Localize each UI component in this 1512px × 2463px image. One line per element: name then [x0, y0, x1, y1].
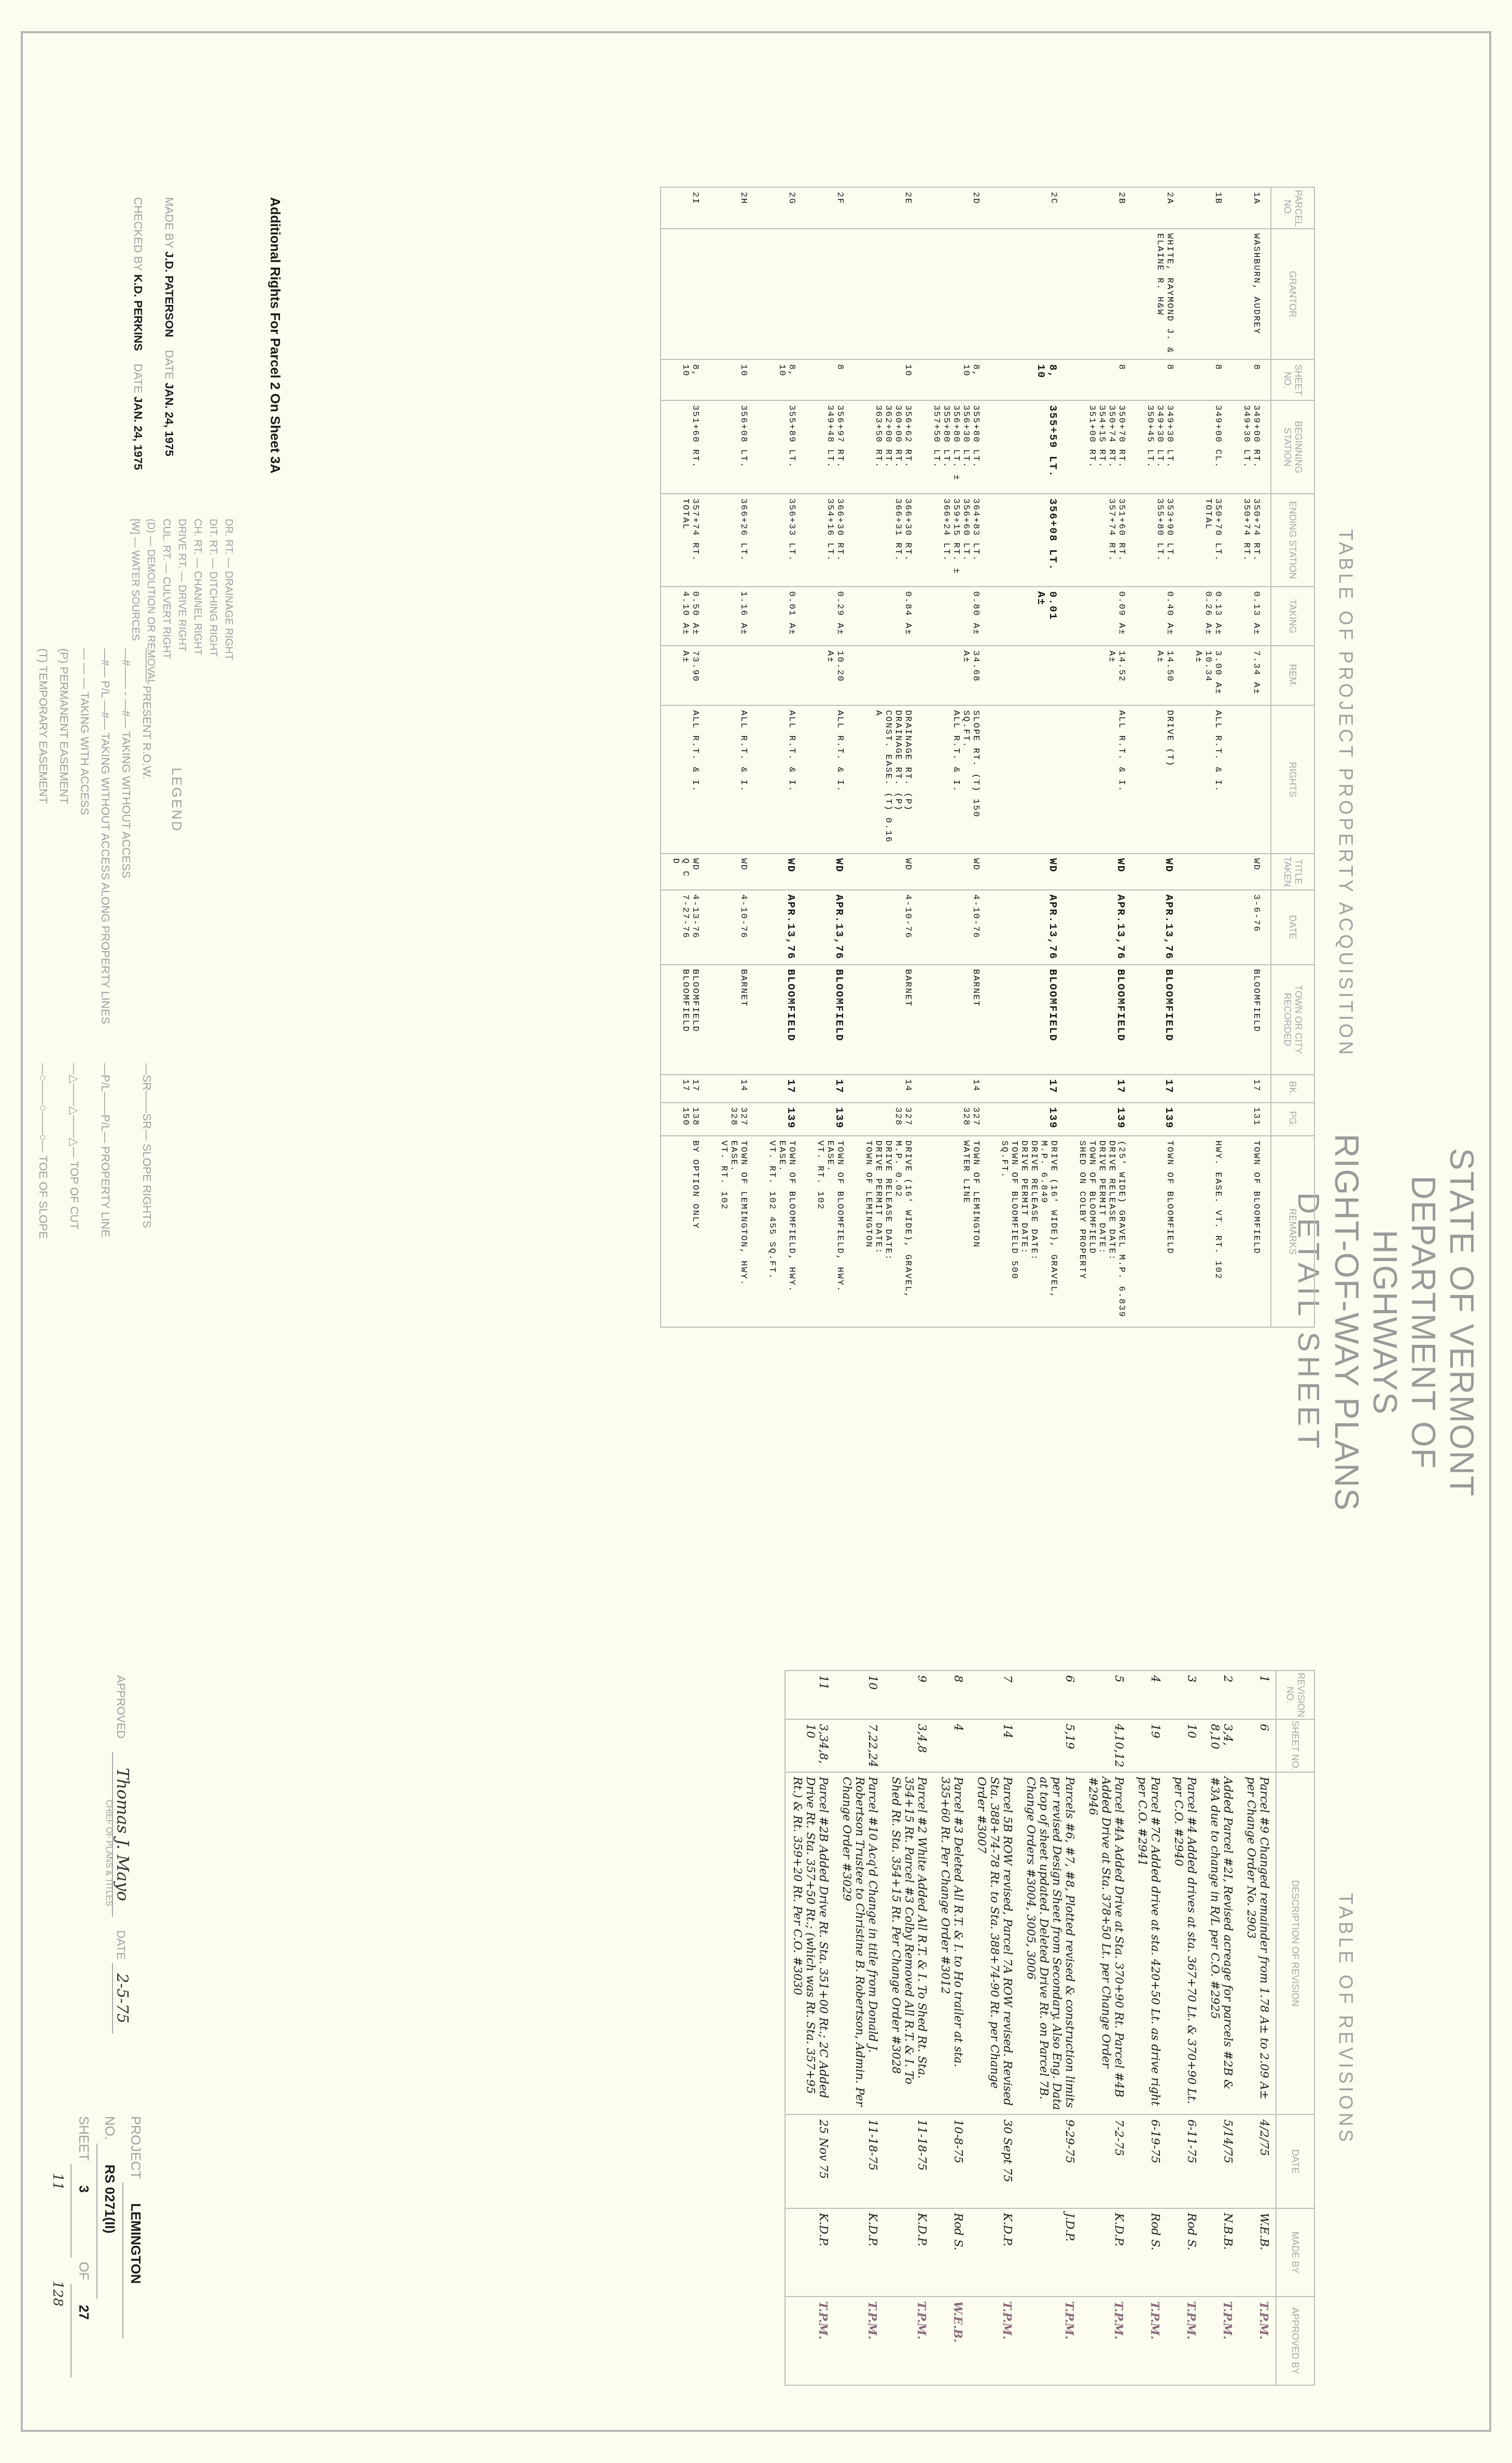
sheet-total: 27	[71, 2284, 96, 2377]
town: BLOOMFIELD	[1136, 965, 1184, 1075]
remarks: TOWN OF BLOOMFIELD	[1136, 1136, 1184, 1327]
title-plans: RIGHT-OF-WAY PLANS	[1327, 1089, 1366, 1556]
acquisition-row: 2F 8 356+97 RT. 349+48 LT. 366+30 RT. 35…	[806, 187, 854, 1327]
page	[1184, 1103, 1232, 1136]
approver-signature: Thomas J. Mayo	[112, 1752, 133, 1916]
book: 17	[990, 1075, 1068, 1103]
revision-approved-by: T.P.M.	[835, 2297, 884, 2385]
page: 327 328	[854, 1103, 922, 1136]
revision-row: 419Parcel #7C Added drive at sta. 420+50…	[1130, 1671, 1167, 2385]
taking: 0.01 A±	[758, 587, 806, 646]
revision-approved-by: T.P.M.	[970, 2297, 1019, 2385]
legend-taking-with-access: — — — TAKING WITH ACCESS	[78, 648, 91, 815]
revision-date: 4/2/75	[1239, 2114, 1276, 2208]
legend-label: TAKING WITHOUT ACCESS ALONG PROPERTY LIN…	[99, 733, 112, 1024]
acquisition-row: 2I 8, 10 351+60 RT. 357+74 RT. TOTAL 0.5…	[661, 187, 709, 1327]
rights: ALL R.T. & I.	[661, 705, 709, 854]
sheet-total-handwritten: 128	[50, 2281, 65, 2307]
sheet-handwritten-line: 11 128	[45, 2116, 71, 2377]
col-rem: REM.	[1271, 646, 1314, 705]
revision-description: Parcel 5B ROW revised, Parcel 7A ROW rev…	[970, 1772, 1019, 2115]
taking: 1.16 A±	[709, 587, 758, 646]
col-rev-date: DATE	[1276, 2114, 1314, 2208]
end-station: 366+26 LT.	[709, 494, 758, 587]
acquisition-row: 2B 8 350+70 RT. 350+74 RT. 354+15 RT. 35…	[1068, 187, 1136, 1327]
legend-label: TOE OF SLOPE	[37, 1156, 50, 1239]
parcel-no: 1B	[1184, 187, 1232, 229]
remarks: TOWN OF LEMINGTON, HWY. EASE. VT. RT. 10…	[709, 1136, 758, 1327]
town: BARNET	[922, 965, 990, 1075]
begin-station: 349+30 LT. 349+30 LT. 350+45 LT.	[1136, 400, 1184, 494]
end-station: 350+74 RT. 350+74 RT.	[1232, 494, 1271, 587]
sheet-label: SHEET	[76, 2116, 92, 2161]
revision-description: Parcel #4A Added Drive at Sta. 370+90 Rt…	[1081, 1772, 1130, 2115]
book: 17	[758, 1075, 806, 1103]
revision-no: 7	[970, 1671, 1019, 1719]
revision-no: 8	[933, 1671, 970, 1719]
taking: 0.09 A±	[1068, 587, 1136, 646]
project-line: PROJECT LEMINGTON	[122, 2116, 148, 2377]
sheet-number-handwritten: 11	[50, 2173, 65, 2190]
remarks: DRIVE (16' WIDE), GRAVEL, M.P. 6.849 DRI…	[990, 1136, 1068, 1327]
legend-taking-along-property-lines: —#— P/L —#— TAKING WITHOUT ACCESS ALONG …	[99, 648, 112, 1024]
page: 139	[806, 1103, 854, 1136]
revision-row: 23,4, 8,10Added Parcel #2I, Revised acre…	[1203, 1671, 1239, 2385]
remainder: 73.90 A±	[661, 646, 709, 705]
legend-toe-of-slope: —○——○——○— TOE OF SLOPE	[36, 1063, 50, 1239]
revision-date: 25 Nov 75	[785, 2114, 835, 2208]
checked-by-line: CHECKED BY K.D. PERKINS DATE JAN. 24, 19…	[122, 197, 153, 470]
remarks: HWY. EASE. VT. RT. 102	[1184, 1136, 1232, 1327]
revision-row: 107,22,24Parcel #10 Acq'd Change in titl…	[835, 1671, 884, 2385]
parcel-no: 2D	[922, 187, 990, 229]
legend-permanent-easement: (P) PERMANENT EASEMENT	[57, 648, 71, 804]
book: 17	[1232, 1075, 1271, 1103]
of-label: OF	[76, 2262, 92, 2280]
rights: ALL R.T. & I.	[758, 705, 806, 854]
legend-slope-rights: —SR——SR— SLOPE RIGHTS	[140, 1063, 153, 1228]
made-by-line: MADE BY J.D. PATERSON DATE JAN. 24, 1975	[153, 197, 185, 470]
revisions-header-row: REVISION NO. SHEET NO. DESCRIPTION OF RE…	[1276, 1671, 1314, 2385]
title-block: STATE OF VERMONT DEPARTMENT OF HIGHWAYS …	[1289, 1089, 1481, 1556]
taking: 0.84 A±	[854, 587, 922, 646]
top-of-cut-line-icon: —△——△——△—	[68, 1063, 81, 1158]
revision-approved-by: T.P.M.	[1203, 2297, 1239, 2385]
taking: 0.13 A±	[1232, 587, 1271, 646]
title-taken: WD	[854, 854, 922, 890]
col-sheet: SHEET NO.	[1271, 359, 1314, 400]
revision-no: 4	[1130, 1671, 1167, 1719]
legend-present-row: ——— PRESENT R.O.W.	[140, 648, 153, 780]
book: 17 17	[661, 1075, 709, 1103]
town: BARNET	[854, 965, 922, 1075]
revision-sheet: 4	[933, 1719, 970, 1772]
abbrev-drainage: DR. RT. — DRAINAGE RIGHT	[221, 519, 236, 685]
begin-station: 356+08 LT.	[709, 400, 758, 494]
revision-approved-by: T.P.M.	[1081, 2297, 1130, 2385]
project-number-line: NO. RS 0271(II)	[96, 2116, 122, 2377]
revision-description: Parcel #2B Added Drive Rt. Sta. 351+00 R…	[785, 1772, 835, 2115]
title-taken: WD	[806, 854, 854, 890]
revision-made-by: Rod S.	[1130, 2208, 1167, 2297]
taking: 0.50 A± 4.10 A±	[661, 587, 709, 646]
revision-description: Parcel #9 Changed remainder from 1.78 A±…	[1239, 1772, 1276, 2115]
revision-no: 9	[884, 1671, 933, 1719]
town	[1184, 965, 1232, 1075]
legend-title: LEGEND	[169, 768, 185, 832]
remainder	[758, 646, 806, 705]
page: 131	[1232, 1103, 1271, 1136]
legend-label: PRESENT R.O.W.	[141, 686, 153, 780]
col-description: DESCRIPTION OF REVISION	[1276, 1772, 1314, 2115]
revision-row: 93,4,8Parcel #2 White Added All R.T. & I…	[884, 1671, 933, 2385]
taking-without-access-line-icon: —#—— - —#—	[120, 648, 133, 728]
title-department: DEPARTMENT OF HIGHWAYS	[1366, 1089, 1443, 1556]
remarks: DRIVE (16' WIDE), GRAVEL, M.P. 0.02 DRIV…	[854, 1136, 922, 1327]
revision-no: 10	[835, 1671, 884, 1719]
book	[1184, 1075, 1232, 1103]
date: APR.13,76	[758, 890, 806, 965]
acquisition-row: 2C 8, 10 355+59 LT. 356+08 LT. 0.01 A± W…	[990, 187, 1068, 1327]
revision-description: Parcels #6, #7, #8, Plotted revised & co…	[1019, 1772, 1081, 2115]
revision-approved-by: T.P.M.	[1167, 2297, 1203, 2385]
revision-no: 2	[1203, 1671, 1239, 1719]
acquisition-row: 1B 8 349+00 CL. 350+70 LT. TOTAL 0.13 A±…	[1184, 187, 1232, 1327]
parcel-no: 2C	[990, 187, 1068, 229]
grantor: WHITE, RAYMOND J. & ELAINE R. H&W	[1136, 229, 1184, 359]
revision-approved-by: T.P.M.	[884, 2297, 933, 2385]
remarks: TOWN OF BLOOMFIELD, HWY. EASE. VT. RT. 1…	[806, 1136, 854, 1327]
approved-label: APPROVED	[115, 1675, 128, 1738]
col-remarks: REMARKS	[1271, 1136, 1314, 1327]
project-no-label: NO.	[102, 2116, 118, 2140]
approved-date-label: DATE	[115, 1930, 128, 1960]
revision-date: 5/14/75	[1203, 2114, 1239, 2208]
approved-date: 2-5-75	[112, 1963, 131, 2034]
revision-row: 310Parcel #4 Added drives at sta. 367+70…	[1167, 1671, 1203, 2385]
grantor	[990, 229, 1068, 359]
revision-description: Parcel #3 Deleted All R.T. & I. to Ho tr…	[933, 1772, 970, 2115]
legend-label: TEMPORARY EASEMENT	[37, 666, 50, 804]
begin-station: 349+00 CL.	[1184, 400, 1232, 494]
taking: 0.80 A±	[922, 587, 990, 646]
end-station: 357+74 RT. TOTAL	[661, 494, 709, 587]
property-acquisition-table: PARCEL NO. GRANTOR SHEET NO. BEGINNING S…	[660, 187, 1315, 1328]
sheet-no: 8	[806, 359, 854, 400]
begin-station: 356+97 RT. 349+48 LT.	[806, 400, 854, 494]
project-name: LEMINGTON	[122, 2182, 148, 2338]
begin-station: 350+70 RT. 350+74 RT. 354+15 RT. 351+00 …	[1068, 400, 1136, 494]
legend-label: SLOPE RIGHTS	[141, 1144, 153, 1228]
grantor	[1184, 229, 1232, 359]
revision-made-by: N.B.B.	[1203, 2208, 1239, 2297]
abbrev-drive: DRIVE RT. — DRIVE RIGHT	[174, 519, 190, 685]
date: 4-10-76	[709, 890, 758, 965]
title-taken: WD	[1232, 854, 1271, 890]
revision-sheet: 3,4,8	[884, 1719, 933, 1772]
parcel-no: 2G	[758, 187, 806, 229]
revision-made-by: K.D.P.	[835, 2208, 884, 2297]
legend-label: TAKING WITHOUT ACCESS	[120, 731, 133, 879]
legend-label: PROPERTY LINE	[99, 1146, 112, 1237]
right-of-way-detail-sheet: STATE OF VERMONT DEPARTMENT OF HIGHWAYS …	[0, 0, 1512, 2463]
revision-date: 9-29-75	[1019, 2114, 1081, 2208]
revision-row: 54,10,12Parcel #4A Added Drive at Sta. 3…	[1081, 1671, 1130, 2385]
sheet-number: 3	[71, 2164, 96, 2258]
col-made-by: MADE BY	[1276, 2208, 1314, 2297]
revision-sheet: 3,34,8, 10	[785, 1719, 835, 1772]
checked-date-label: DATE	[132, 364, 145, 393]
page: 138 150	[661, 1103, 709, 1136]
taking: 0.01 A±	[990, 587, 1068, 646]
sheet-line: SHEET 3 OF 27	[71, 2116, 96, 2377]
acquisition-row: 2D 8, 10 355+80 LT. 356+30 LT. 356+80 LT…	[922, 187, 990, 1327]
revision-made-by: Rod S.	[1167, 2208, 1203, 2297]
col-town: TOWN OR CITY RECORDED	[1271, 965, 1314, 1075]
revision-approved-by: W.E.B.	[933, 2297, 970, 2385]
abbrev-channel: CH. RT. — CHANNEL RIGHT	[190, 519, 205, 685]
revision-row: 113,34,8, 10Parcel #2B Added Drive Rt. S…	[785, 1671, 835, 2385]
acquisition-row: 2E 10 356+62 RT. 360+00 RT. 362+00 RT. 3…	[854, 187, 922, 1327]
present-row-line-icon: ———	[141, 648, 153, 683]
project-label: PROJECT	[128, 2116, 144, 2179]
remainder: 10.20 A±	[806, 646, 854, 705]
title-taken: WD	[1136, 854, 1184, 890]
end-station: 351+60 RT. 357+74 RT.	[1068, 494, 1136, 587]
col-grantor: GRANTOR	[1271, 229, 1314, 359]
made-date-value: JAN. 24, 1975	[163, 383, 176, 456]
revision-no: 1	[1239, 1671, 1276, 1719]
revision-made-by: W.E.B.	[1239, 2208, 1276, 2297]
date: APR.13,76	[1136, 890, 1184, 965]
col-rev-sheet-no: SHEET NO.	[1276, 1719, 1314, 1772]
revision-no: 6	[1019, 1671, 1081, 1719]
grantor	[709, 229, 758, 359]
book: 14	[709, 1075, 758, 1103]
revisions-table: REVISION NO. SHEET NO. DESCRIPTION OF RE…	[785, 1670, 1315, 2386]
rights: ALL R.T. & I.	[709, 705, 758, 854]
revision-made-by: Rod S.	[933, 2208, 970, 2297]
remarks: TOWN OF BLOOMFIELD	[1232, 1136, 1271, 1327]
date: 4-13-76 7-27-76	[661, 890, 709, 965]
grantor	[661, 229, 709, 359]
date: APR.13,76	[806, 890, 854, 965]
acquisition-row: 2G 8, 10 355+89 LT. 356+33 LT. 0.01 A± A…	[758, 187, 806, 1327]
date: APR.13,76	[990, 890, 1068, 965]
made-by-value: J.D. PATERSON	[163, 252, 176, 337]
project-block: PROJECT LEMINGTON NO. RS 0271(II) SHEET …	[45, 2116, 148, 2377]
title-taken: WD	[758, 854, 806, 890]
sheet-no: 10	[709, 359, 758, 400]
remarks: TOWN OF BLOOMFIELD, HWY. EASE. VT. RT. 1…	[758, 1136, 806, 1327]
title-taken: WD	[1068, 854, 1136, 890]
town: BLOOMFIELD BLOOMFIELD	[661, 965, 709, 1075]
revision-row: 714Parcel 5B ROW revised, Parcel 7A ROW …	[970, 1671, 1019, 2385]
begin-station: 351+60 RT.	[661, 400, 709, 494]
rights	[1232, 705, 1271, 854]
taking-along-property-line-icon: —#— P/L —#—	[99, 648, 112, 730]
approver-title: CHIEF OF PLANS & TITLES	[104, 1800, 113, 1906]
page: 327 328	[709, 1103, 758, 1136]
revision-approved-by: T.P.M.	[1019, 2297, 1081, 2385]
town: BLOOMFIELD	[1232, 965, 1271, 1075]
grantor	[758, 229, 806, 359]
acquisition-row: 2A WHITE, RAYMOND J. & ELAINE R. H&W 8 3…	[1136, 187, 1184, 1327]
col-approved-by: APPROVED BY	[1276, 2297, 1314, 2385]
revision-description: Parcel #2 White Added All R.T. & I. To S…	[884, 1772, 933, 2115]
col-title-taken: TITLE TAKEN	[1271, 854, 1314, 890]
grantor	[854, 229, 922, 359]
town: BLOOMFIELD	[806, 965, 854, 1075]
parcel-no: 2A	[1136, 187, 1184, 229]
taking: 0.40 A±	[1136, 587, 1184, 646]
revision-sheet: 3,4, 8,10	[1203, 1719, 1239, 1772]
made-date-label: DATE	[163, 350, 176, 380]
revisions-table-title: TABLE OF REVISIONS	[1335, 1893, 1356, 2145]
revision-row: 65,19Parcels #6, #7, #8, Plotted revised…	[1019, 1671, 1081, 2385]
begin-station: 356+62 RT. 360+00 RT. 362+00 RT. 363+50 …	[854, 400, 922, 494]
end-station: 366+30 RT. 366+31 RT.	[854, 494, 922, 587]
end-station: 364+83 LT. 356+60 LT. 359+15 RT. ± 366+2…	[922, 494, 990, 587]
rights	[990, 705, 1068, 854]
date: 4-10-76	[922, 890, 990, 965]
parcel-no: 2E	[854, 187, 922, 229]
sheet-no: 8	[1136, 359, 1184, 400]
page: 139	[990, 1103, 1068, 1136]
col-pg: PG.	[1271, 1103, 1314, 1136]
revision-approved-by: T.P.M.	[1130, 2297, 1167, 2385]
begin-station: 349+00 RT. 349+30 LT.	[1232, 400, 1271, 494]
revision-date: 7-2-75	[1081, 2114, 1130, 2208]
end-station: 356+33 LT.	[758, 494, 806, 587]
sheet-no: 8, 10	[661, 359, 709, 400]
title-taken	[1184, 854, 1232, 890]
remainder	[854, 646, 922, 705]
end-station: 366+30 RT. 354+16 LT.	[806, 494, 854, 587]
parcel-no: 2F	[806, 187, 854, 229]
sheet-no: 8	[1068, 359, 1136, 400]
title-state: STATE OF VERMONT	[1443, 1089, 1481, 1556]
title-taken: WD	[990, 854, 1068, 890]
parcel-no: 2I	[661, 187, 709, 229]
made-by-label: MADE BY	[163, 197, 176, 248]
end-station: 356+08 LT.	[990, 494, 1068, 587]
rights: DRIVE (T)	[1136, 705, 1184, 854]
town: BLOOMFIELD	[990, 965, 1068, 1075]
title-taken: WD	[922, 854, 990, 890]
begin-station: 355+59 LT.	[990, 400, 1068, 494]
remainder: 7.34 A±	[1232, 646, 1271, 705]
revision-made-by: K.D.P.	[1081, 2208, 1130, 2297]
taking: 0.13 A± 0.26 A±	[1184, 587, 1232, 646]
col-bk: BK.	[1271, 1075, 1314, 1103]
begin-station: 355+80 LT. 356+30 LT. 356+80 LT. ± 355+8…	[922, 400, 990, 494]
project-number: RS 0271(II)	[96, 2144, 122, 2299]
remainder: 3.00 A± 10.34 A±	[1184, 646, 1232, 705]
parcel-no: 1A	[1232, 187, 1271, 229]
book: 14	[854, 1075, 922, 1103]
sheet-no: 8	[1184, 359, 1232, 400]
col-parcel: PARCEL NO.	[1271, 187, 1314, 229]
grantor	[922, 229, 990, 359]
revision-date: 10-8-75	[933, 2114, 970, 2208]
checked-date-value: JAN. 24, 1975	[132, 396, 145, 470]
revision-date: 11-18-75	[884, 2114, 933, 2208]
remarks: BY OPTION ONLY	[661, 1136, 709, 1327]
acquisition-row: 2H 10 356+08 LT. 366+26 LT. 1.16 A± ALL …	[709, 187, 758, 1327]
sheet-no: 8, 10	[922, 359, 990, 400]
property-line-icon: —P/L——P/L—	[99, 1063, 112, 1143]
grantor: WASHBURN, AUDREY	[1232, 229, 1271, 359]
legend-temporary-easement: (T) TEMPORARY EASEMENT	[36, 648, 50, 804]
page: 327 328	[922, 1103, 990, 1136]
rights: SLOPE RT. (T) 150 SQ.FT. ALL R.T. & I.	[922, 705, 990, 854]
col-rights: RIGHTS	[1271, 705, 1314, 854]
revision-row: 16Parcel #9 Changed remainder from 1.78 …	[1239, 1671, 1276, 2385]
acquisition-table-title: TABLE OF PROJECT PROPERTY ACQUISITION	[1335, 529, 1356, 1058]
revision-description: Added Parcel #2I, Revised acreage for pa…	[1203, 1772, 1239, 2115]
rights: ALL R.T. & I.	[1184, 705, 1232, 854]
sheet-no: 8, 10	[758, 359, 806, 400]
acquisition-header-row: PARCEL NO. GRANTOR SHEET NO. BEGINNING S…	[1271, 187, 1314, 1327]
remainder: 14.50 A±	[1136, 646, 1184, 705]
remainder: 14.52 A±	[1068, 646, 1136, 705]
revision-no: 11	[785, 1671, 835, 1719]
end-station: 353+90 LT. 355+80 LT.	[1136, 494, 1184, 587]
remarks: (25' WIDE) GRAVEL M.P. 6.839 DRIVE RELEA…	[1068, 1136, 1136, 1327]
col-end-station: ENDING STATION	[1271, 494, 1314, 587]
revision-no: 3	[1167, 1671, 1203, 1719]
revision-sheet: 4,10,12	[1081, 1719, 1130, 1772]
taking: 0.29 A±	[806, 587, 854, 646]
book: 17	[1068, 1075, 1136, 1103]
town: BLOOMFIELD	[758, 965, 806, 1075]
grantor	[806, 229, 854, 359]
legend-top-of-cut: —△——△——△— TOP OF CUT	[67, 1063, 81, 1230]
slope-rights-line-icon: —SR——SR—	[141, 1063, 153, 1140]
permanent-easement-icon: (P)	[58, 648, 71, 663]
remainder	[709, 646, 758, 705]
title-taken: WD	[709, 854, 758, 890]
revision-sheet: 19	[1130, 1719, 1167, 1772]
end-station: 350+70 LT. TOTAL	[1184, 494, 1232, 587]
revision-approved-by: T.P.M.	[785, 2297, 835, 2385]
revision-sheet: 5,19	[1019, 1719, 1081, 1772]
legend-label: PERMANENT EASEMENT	[58, 666, 71, 804]
town: BARNET	[709, 965, 758, 1075]
date: APR.13,76	[1068, 890, 1136, 965]
date: 3-6-76	[1232, 890, 1271, 965]
revision-description: Parcel #10 Acq'd Change in title from Do…	[835, 1772, 884, 2115]
date: 4-10-76	[854, 890, 922, 965]
checked-by-label: CHECKED BY	[132, 197, 145, 271]
taking-with-access-line-icon: — — —	[78, 648, 91, 689]
revision-description: Parcel #7C Added drive at sta. 420+50 Lt…	[1130, 1772, 1167, 2115]
revision-sheet: 10	[1167, 1719, 1203, 1772]
page: 139	[1136, 1103, 1184, 1136]
book: 17	[1136, 1075, 1184, 1103]
col-begin-station: BEGINNING STATION	[1271, 400, 1314, 494]
grantor	[1068, 229, 1136, 359]
revision-no: 5	[1081, 1671, 1130, 1719]
legend-label: TOP OF CUT	[68, 1161, 81, 1229]
revision-approved-by: T.P.M.	[1239, 2297, 1276, 2385]
revision-date: 11-18-75	[835, 2114, 884, 2208]
revision-sheet: 7,22,24	[835, 1719, 884, 1772]
page: 139	[758, 1103, 806, 1136]
rights: ALL R.T. & I.	[806, 705, 854, 854]
revision-sheet: 6	[1239, 1719, 1276, 1772]
